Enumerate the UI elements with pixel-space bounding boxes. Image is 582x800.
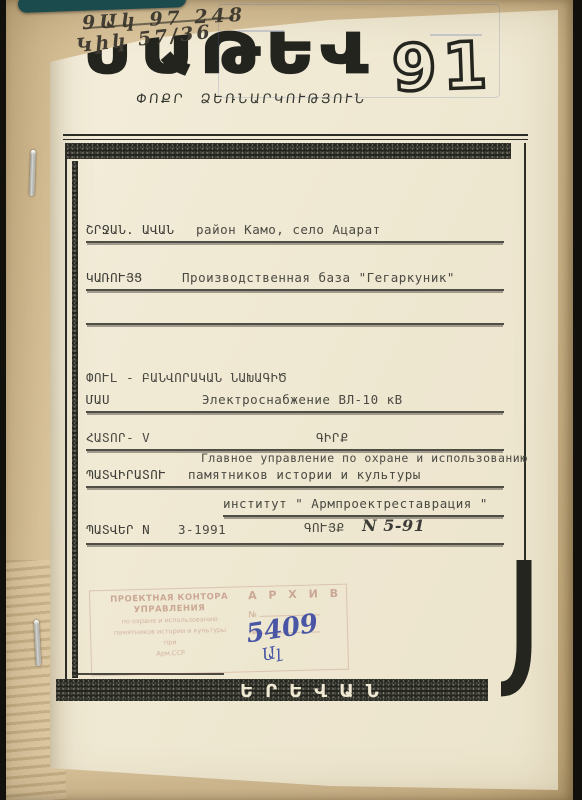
- frame-left-outer-line: [65, 143, 67, 687]
- order-value: 3-1991: [178, 522, 226, 537]
- frame-left-inner-bar: [72, 161, 78, 678]
- form-row-region: ՇՐՋԱՆ. ԱՎԱՆ район Камо, село Ацарат: [86, 222, 504, 243]
- inventory-number: N 5-91: [362, 518, 425, 533]
- bottom-band: ԵՐԵՎԱՆ: [56, 679, 488, 701]
- form-row-volume: ՀԱՏՈՐ- V ԳԻՐՔ: [86, 430, 504, 451]
- form-row-blank: [86, 304, 504, 325]
- stage-line: ՓՈՒԼ - ԲԱՆՎՈՐԱԿԱՆ ՆԱԽԱԳԻԾ: [86, 370, 287, 385]
- object-label: ԿԱՌՈՒՅՑ: [86, 270, 174, 285]
- blue-stamp-mark-2: [430, 34, 482, 36]
- volume-label: ՀԱՏՈՐ- V: [86, 430, 150, 445]
- blue-stamp-outline: [218, 4, 500, 98]
- institute-line: институт " Армпроектреставрация ": [223, 496, 488, 511]
- form-row-stage: ՓՈՒԼ - ԲԱՆՎՈՐԱԿԱՆ ՆԱԽԱԳԻԾ: [86, 370, 504, 385]
- client-value-line2: памятников истории и культуры: [188, 467, 421, 482]
- blue-stamp-mark-1: [238, 30, 284, 32]
- stamp-org-block: ПРОЕКТНАЯ КОНТОРА УПРАВЛЕНИЯ по охране и…: [94, 591, 246, 661]
- title-page: ՄԱԹԵՎ 91 ՓՈՔՐ ՁԵՌՆԱՐԿՈՒԹՅՈՒՆ ՇՐՋԱՆ. ԱՎԱՆ…: [50, 8, 558, 792]
- frame-top-line-2: [63, 139, 528, 140]
- region-value: район Камо, село Ацарат: [196, 222, 381, 237]
- object-value: Производственная база "Гегаркуник": [182, 270, 455, 285]
- frame-top-bar: [65, 143, 511, 159]
- frame-right-line: [524, 143, 526, 583]
- region-label: ՇՐՋԱՆ. ԱՎԱՆ: [86, 222, 188, 237]
- form-row-object: ԿԱՌՈՒՅՑ Производственная база "Гегаркуни…: [86, 270, 504, 291]
- order-label: ՊԱՏՎԵՐ N: [86, 522, 170, 537]
- form-row-part: ՄԱՍ Электроснабжение ВЛ-10 кВ: [86, 392, 504, 413]
- part-label: ՄԱՍ: [86, 392, 194, 407]
- form-row-order: ՊԱՏՎԵՐ N 3-1991 ԳՈՒՅՔ N 5-91: [86, 522, 504, 545]
- city-name: ԵՐԵՎԱՆ: [240, 681, 391, 702]
- client-label: ՊԱՏՎԻՐԱՏՈՒ: [86, 467, 180, 482]
- stamp-archive-label: А Р Х И В: [248, 587, 344, 603]
- scanned-document-cover: ՄԱԹԵՎ 91 ՓՈՔՐ ՁԵՌՆԱՐԿՈՒԹՅՈՒՆ ՇՐՋԱՆ. ԱՎԱՆ…: [0, 0, 582, 800]
- form-row-institute: институт " Армпроектреставрация ": [223, 496, 504, 517]
- client-value-line1: Главное управление по охране и использов…: [201, 451, 528, 466]
- inventory-label: ԳՈՒՅՔ: [304, 520, 344, 535]
- part-value: Электроснабжение ВЛ-10 кВ: [202, 392, 403, 407]
- archive-initials: Ալ: [260, 642, 283, 666]
- form-row-client: ՊԱՏՎԻՐԱՏՈՒ памятников истории и культуры: [86, 467, 504, 488]
- frame-top-line-1: [63, 134, 528, 136]
- book-label: ԳԻՐՔ: [316, 430, 348, 445]
